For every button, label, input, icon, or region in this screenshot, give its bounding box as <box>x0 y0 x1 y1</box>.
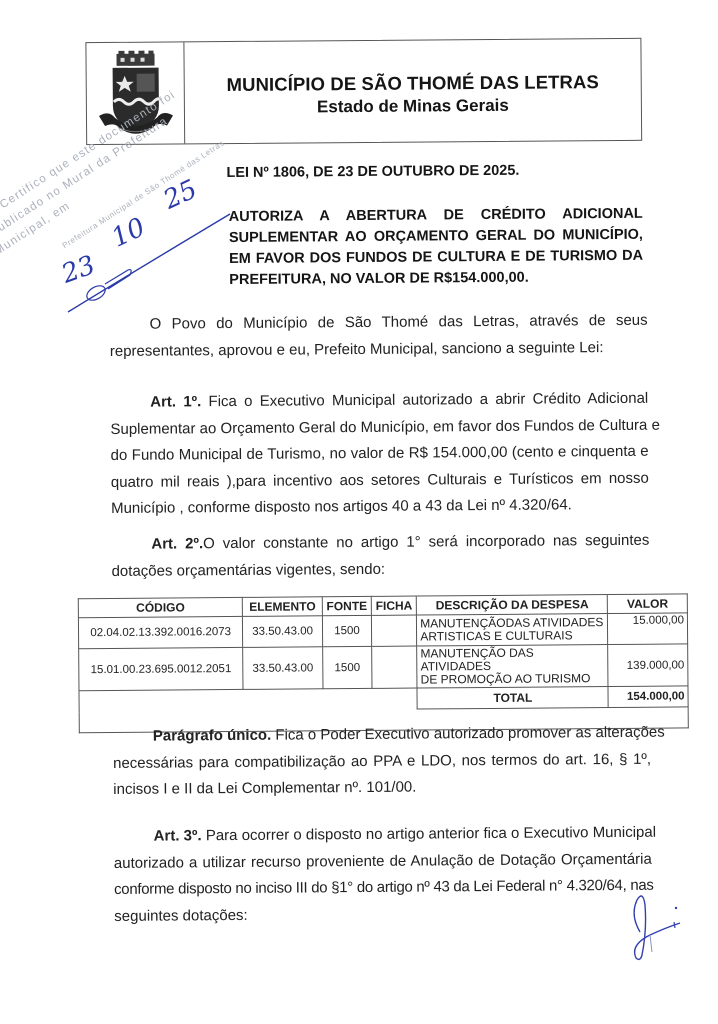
ink-strokes-icon <box>0 0 718 1024</box>
